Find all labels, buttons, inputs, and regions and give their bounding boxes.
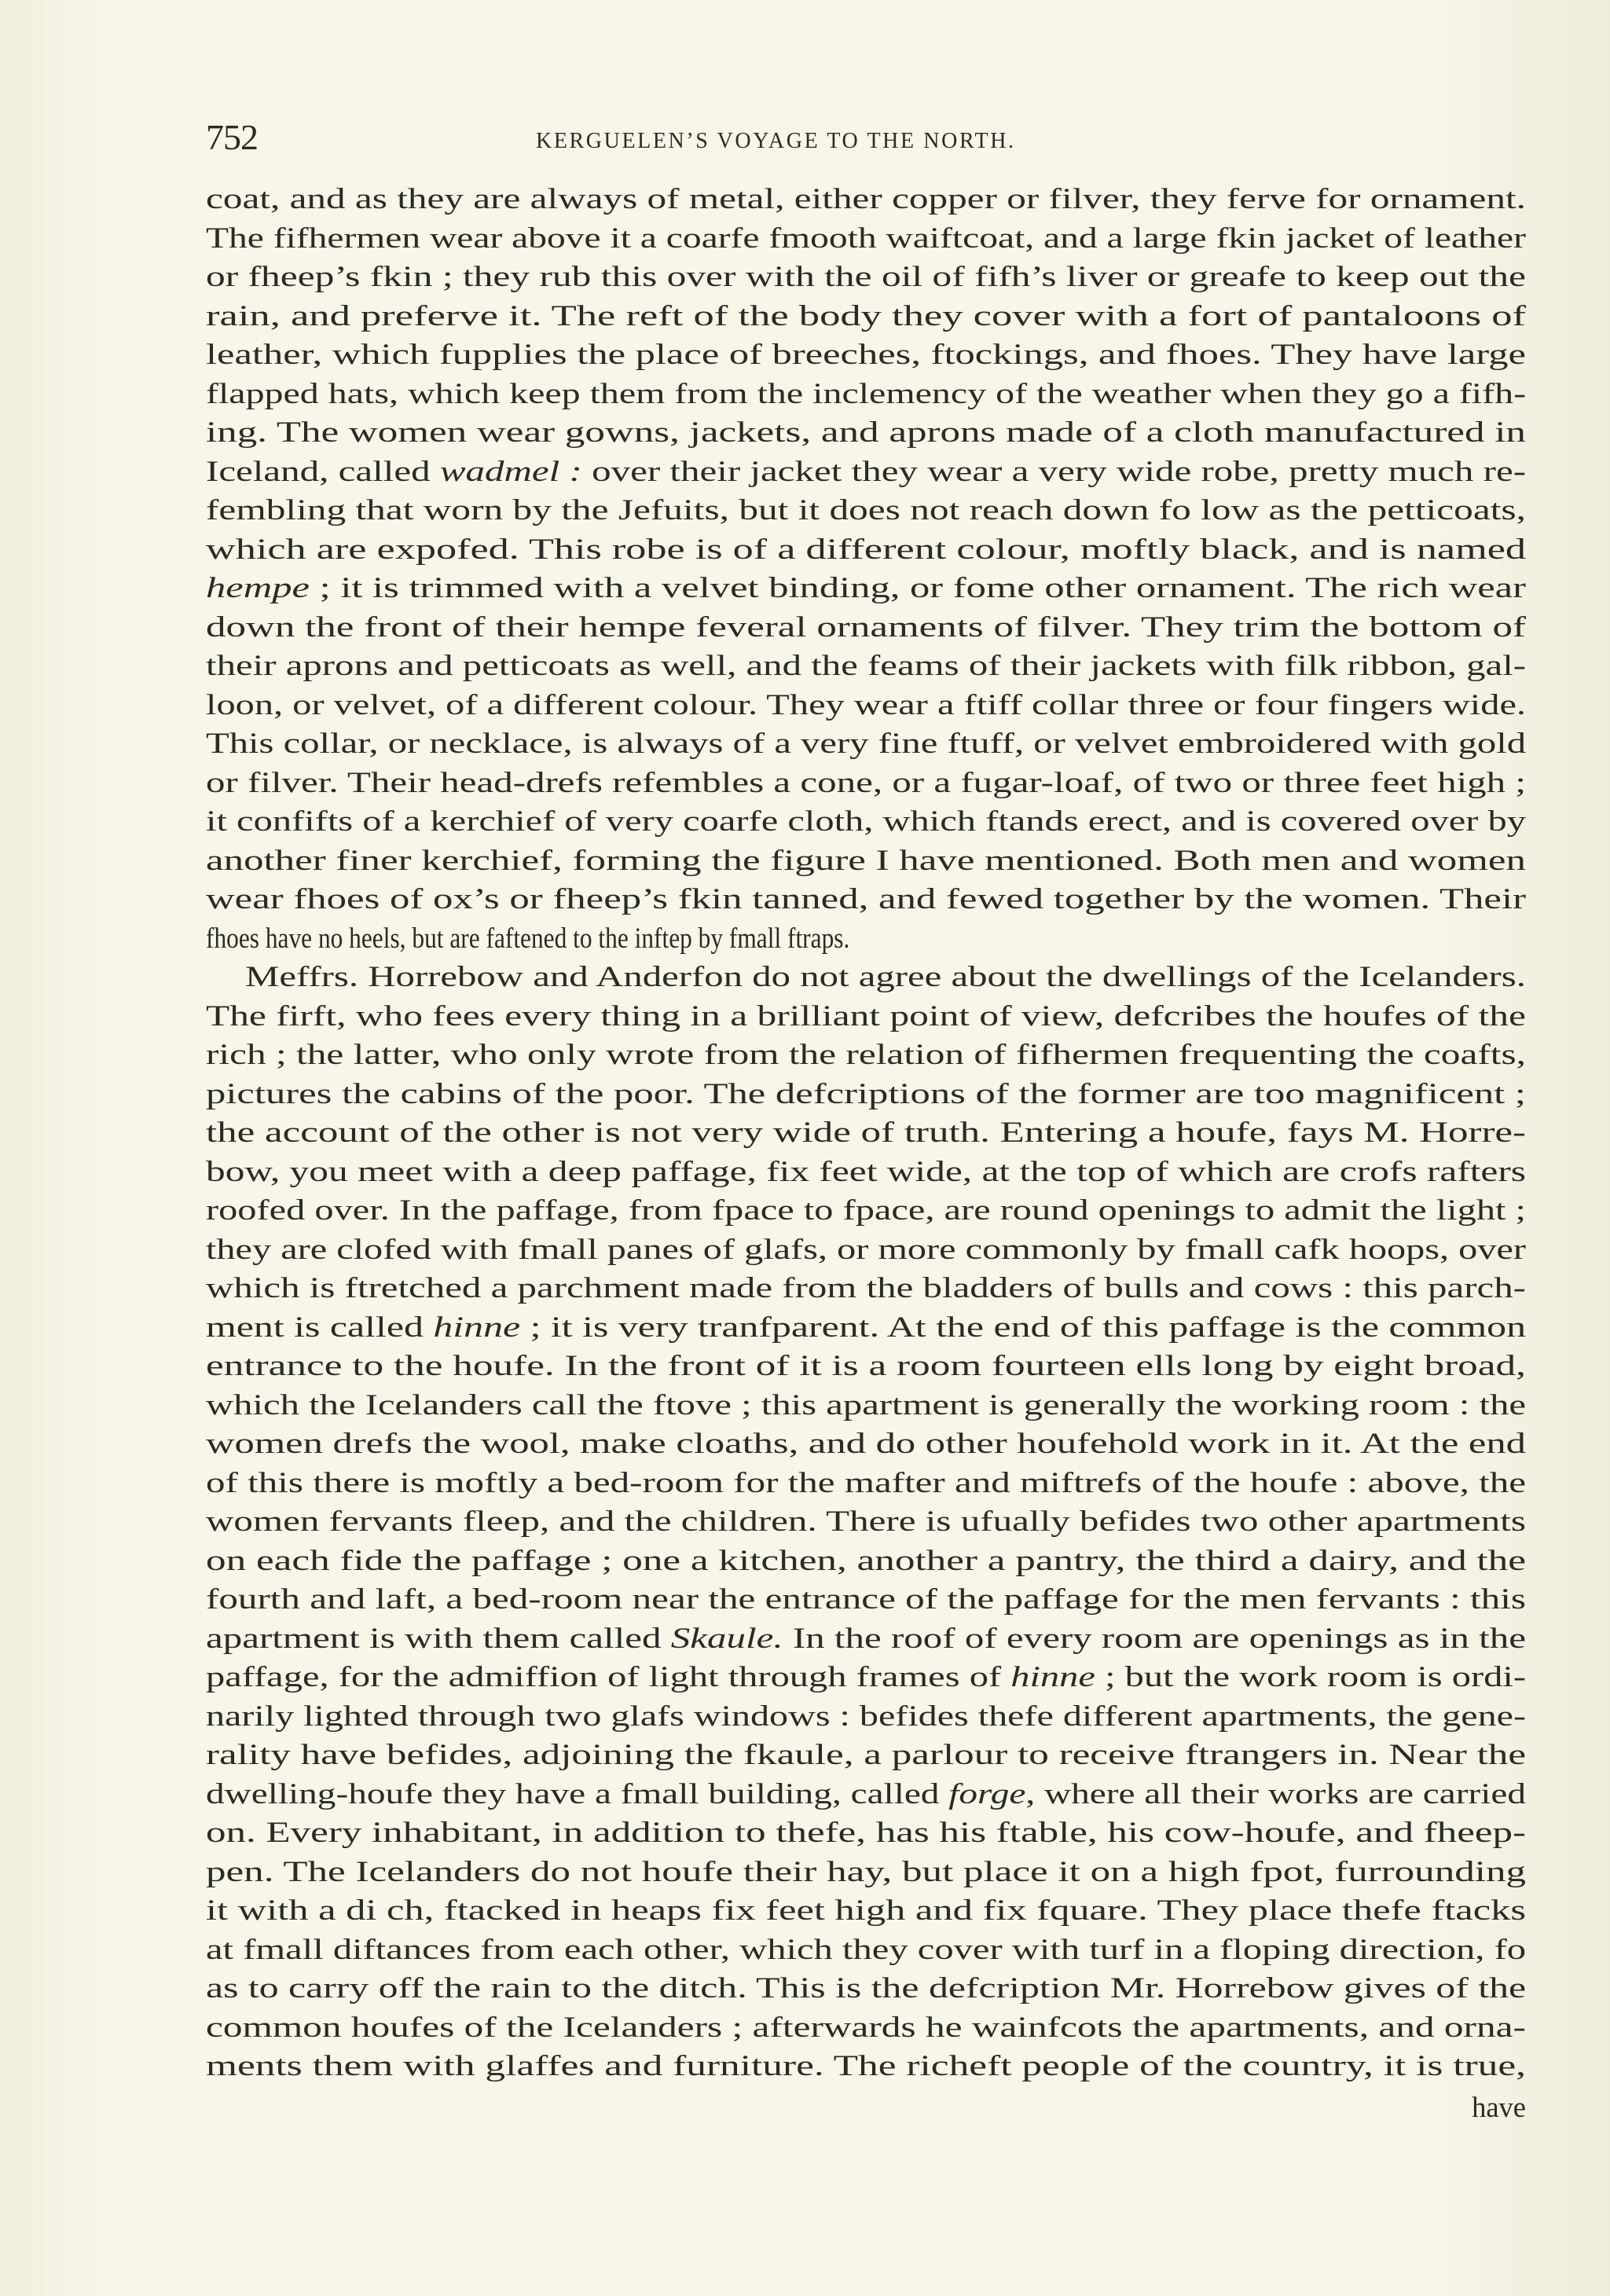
- text-line: it with a di ch, ftacked in heaps fix fe…: [206, 1891, 1526, 1930]
- text-segment: ; but the work room is ordi-: [1095, 1660, 1526, 1693]
- text-line: narily lighted through two glafs windows…: [206, 1696, 1526, 1736]
- text-line: leather, which fupplies the place of bre…: [206, 335, 1526, 374]
- text-line: flapped hats, which keep them from the i…: [206, 374, 1526, 413]
- text-segment: In the roof of every room are openings a…: [783, 1622, 1526, 1654]
- text-line: coat, and as they are always of metal, e…: [206, 179, 1526, 218]
- catchword: have: [1472, 2090, 1526, 2124]
- text-line: roofed over. In the paffage, from fpace …: [206, 1190, 1526, 1230]
- text-line: or fheep’s fkin ; they rub this over wit…: [206, 257, 1526, 296]
- text-line: bow, you meet with a deep paffage, fix f…: [206, 1152, 1526, 1191]
- italic-term: hempe: [206, 571, 310, 603]
- text-line: rich ; the latter, who only wrote from t…: [206, 1035, 1526, 1074]
- running-head: 752 Kerguelen’s Voyage to the North.: [206, 116, 1526, 163]
- italic-term: hinne: [433, 1311, 520, 1343]
- text-segment: paffage, for the admiffion of light thro…: [206, 1660, 1010, 1693]
- text-line: it confifts of a kerchief of very coarfe…: [206, 801, 1526, 841]
- text-line: apartment is with them called Skaule. In…: [206, 1619, 1526, 1658]
- text-line: ing. The women wear gowns, jackets, and …: [206, 413, 1526, 452]
- text-line: the account of the other is not very wid…: [206, 1113, 1526, 1152]
- text-line: fhoes have no heels, but are faftened to…: [206, 919, 1526, 958]
- text-line: rain, and preferve it. The reft of the b…: [206, 296, 1526, 336]
- running-head-title: Kerguelen’s Voyage to the North.: [536, 129, 1016, 154]
- text-line: pen. The Icelanders do not houfe their h…: [206, 1852, 1526, 1891]
- text-line: Meffrs. Horrebow and Anderfon do not agr…: [206, 957, 1526, 996]
- text-line: entrance to the houfe. In the front of i…: [206, 1346, 1526, 1385]
- text-line: their aprons and petticoats as well, and…: [206, 646, 1526, 685]
- page-number: 752: [206, 116, 258, 158]
- text-line: hempe ; it is trimmed with a velvet bind…: [206, 568, 1526, 607]
- italic-term: wadmel :: [440, 455, 582, 487]
- text-segment: ment is called: [206, 1311, 433, 1343]
- text-line: rality have befides, adjoining the fkaul…: [206, 1735, 1526, 1774]
- text-line: ment is called hinne ; it is very tranfp…: [206, 1308, 1526, 1347]
- text-line: fourth and laft, a bed-room near the ent…: [206, 1579, 1526, 1619]
- text-line: of this there is moftly a bed-room for t…: [206, 1463, 1526, 1502]
- text-line: ments them with glaffes and furniture. T…: [206, 2046, 1526, 2085]
- text-line: This collar, or necklace, is always of a…: [206, 724, 1526, 763]
- text-line: which is ftretched a parchment made from…: [206, 1268, 1526, 1308]
- text-line: they are clofed with fmall panes of glaf…: [206, 1230, 1526, 1269]
- italic-term: Skaule.: [671, 1622, 783, 1654]
- text-line: women fervants fleep, and the children. …: [206, 1502, 1526, 1541]
- text-line: on. Every inhabitant, in addition to the…: [206, 1813, 1526, 1852]
- text-line: Iceland, called wadmel : over their jack…: [206, 452, 1526, 491]
- text-line: paffage, for the admiffion of light thro…: [206, 1657, 1526, 1696]
- text-line: dwelling-houfe they have a fmall buildin…: [206, 1774, 1526, 1814]
- italic-term: forge: [948, 1777, 1025, 1810]
- text-line: wear fhoes of ox’s or fheep’s fkin tanne…: [206, 879, 1526, 919]
- text-line: The firft, who fees every thing in a bri…: [206, 996, 1526, 1036]
- text-segment: ; it is very tranfparent. At the end of …: [520, 1311, 1526, 1343]
- text-segment: Iceland, called: [206, 455, 440, 487]
- text-line: or filver. Their head-drefs refembles a …: [206, 763, 1526, 802]
- text-segment: apartment is with them called: [206, 1622, 671, 1654]
- text-line: another finer kerchief, forming the figu…: [206, 841, 1526, 880]
- text-segment: , where all their works are carried: [1025, 1777, 1526, 1810]
- text-line: pictures the cabins of the poor. The def…: [206, 1074, 1526, 1113]
- body-text: coat, and as they are always of metal, e…: [206, 179, 1526, 2085]
- italic-term: hinne: [1010, 1660, 1095, 1693]
- text-segment: dwelling-houfe they have a fmall buildin…: [206, 1777, 948, 1810]
- text-line: women drefs the wool, make cloaths, and …: [206, 1424, 1526, 1463]
- text-line: fembling that worn by the Jefuits, but i…: [206, 490, 1526, 530]
- text-line: on each fide the paffage ; one a kitchen…: [206, 1541, 1526, 1580]
- text-line: The fifhermen wear above it a coarfe fmo…: [206, 218, 1526, 258]
- text-line: down the front of their hempe feveral or…: [206, 607, 1526, 647]
- text-segment: over their jacket they wear a very wide …: [582, 455, 1526, 487]
- text-line: as to carry off the rain to the ditch. T…: [206, 1968, 1526, 2008]
- text-line: common houfes of the Icelanders ; afterw…: [206, 2008, 1526, 2047]
- text-line: loon, or velvet, of a different colour. …: [206, 685, 1526, 724]
- text-segment: ; it is trimmed with a velvet binding, o…: [310, 571, 1526, 603]
- text-line: which are expofed. This robe is of a dif…: [206, 530, 1526, 569]
- text-line: which the Icelanders call the ftove ; th…: [206, 1385, 1526, 1425]
- text-line: at fmall diftances from each other, whic…: [206, 1930, 1526, 1969]
